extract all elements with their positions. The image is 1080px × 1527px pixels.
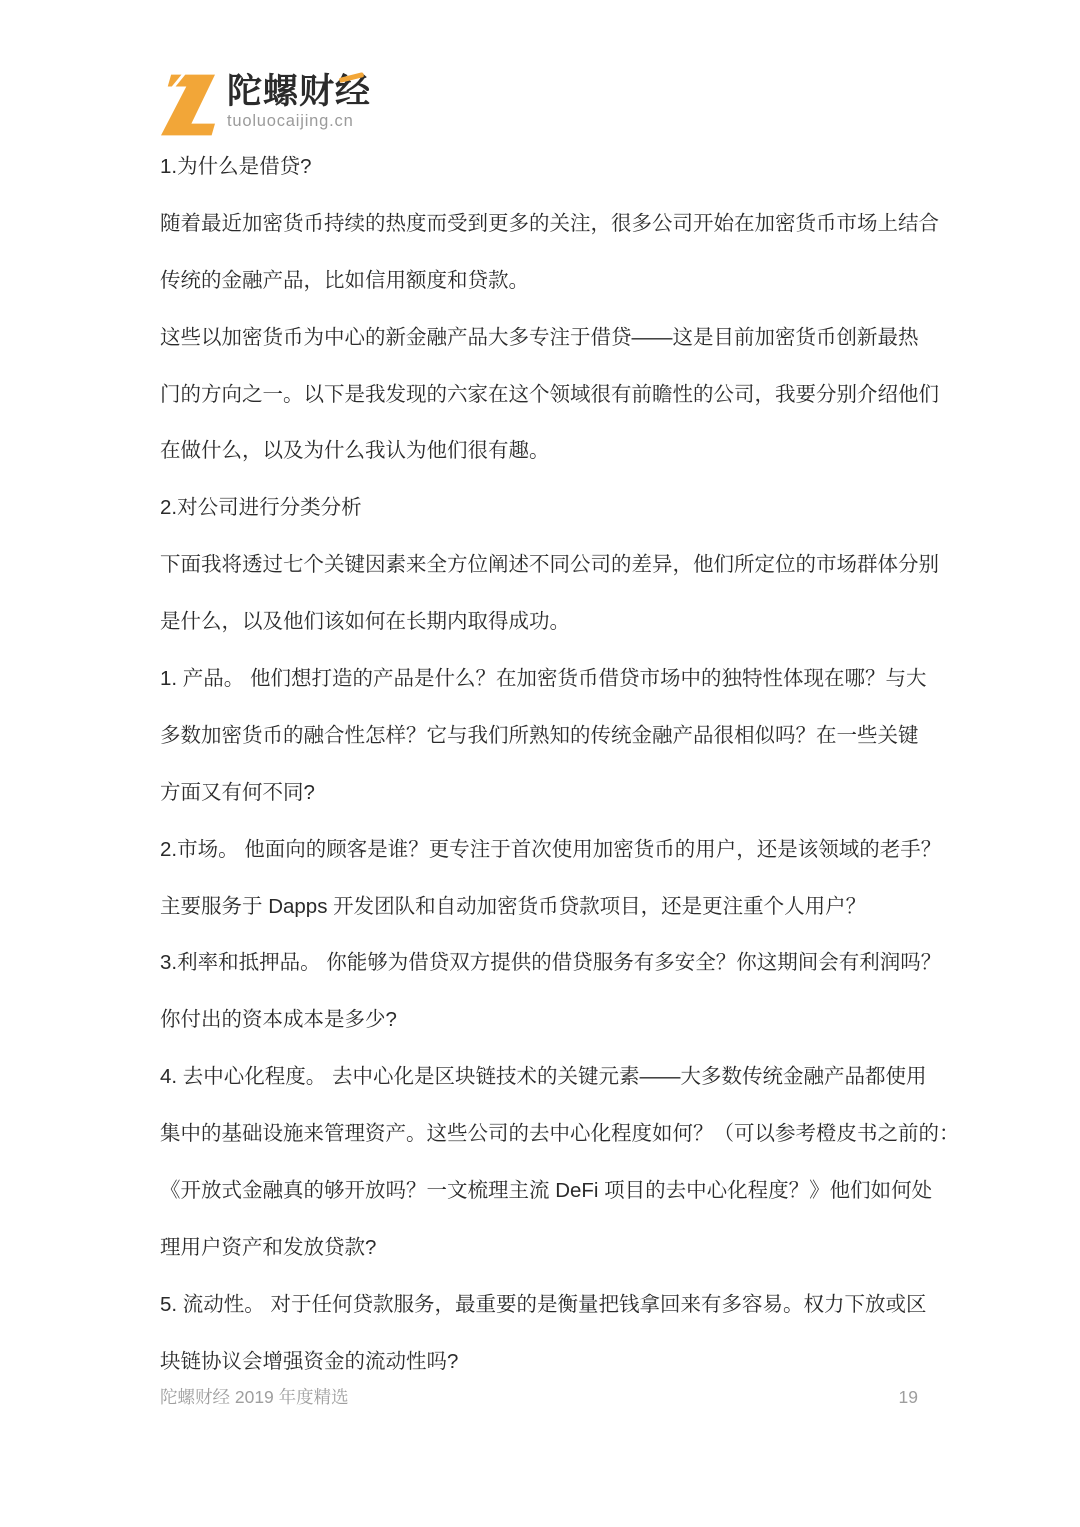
text-line: 主要服务于 Dapps 开发团队和自动加密货币贷款项目，还是更注重个人用户？ bbox=[160, 879, 945, 936]
text-line: 随着最近加密货币持续的热度而受到更多的关注，很多公司开始在加密货币市场上结合 bbox=[160, 196, 945, 253]
logo-z-icon bbox=[161, 68, 215, 142]
footer-title: 陀螺财经 2019 年度精选 bbox=[160, 1384, 349, 1409]
text-line: 这些以加密货币为中心的新金融产品大多专注于借贷——这是目前加密货币创新最热 bbox=[160, 310, 945, 367]
text-line: 1.为什么是借贷? bbox=[160, 139, 945, 196]
text-line: 在做什么，以及为什么我认为他们很有趣。 bbox=[160, 423, 945, 480]
text-line: 多数加密货币的融合性怎样？它与我们所熟知的传统金融产品很相似吗？在一些关键 bbox=[160, 708, 945, 765]
brand-name: 陀螺财经 bbox=[227, 68, 371, 109]
text-line: 2.市场。 他面向的顾客是谁？更专注于首次使用加密货币的用户，还是该领域的老手？ bbox=[160, 822, 945, 879]
text-line: 2.对公司进行分类分析 bbox=[160, 480, 945, 537]
text-line: 传统的金融产品，比如信用额度和贷款。 bbox=[160, 253, 945, 310]
text-line: 集中的基础设施来管理资产。这些公司的去中心化程度如何？（可以参考橙皮书之前的： bbox=[160, 1106, 945, 1163]
page-footer: 陀螺财经 2019 年度精选 19 bbox=[160, 1384, 936, 1409]
brand-logo: 陀螺财经 tuoluocaijing.cn bbox=[161, 68, 371, 142]
text-line: 1. 产品。 他们想打造的产品是什么？在加密货币借贷市场中的独特性体现在哪？与大 bbox=[160, 651, 945, 708]
text-line: 《开放式金融真的够开放吗？一文梳理主流 DeFi 项目的去中心化程度？》他们如何… bbox=[160, 1163, 945, 1220]
text-line: 门的方向之一。以下是我发现的六家在这个领域很有前瞻性的公司，我要分别介绍他们 bbox=[160, 367, 945, 424]
text-line: 3.利率和抵押品。 你能够为借贷双方提供的借贷服务有多安全？你这期间会有利润吗？ bbox=[160, 935, 945, 992]
text-line: 理用户资产和发放贷款? bbox=[160, 1220, 945, 1277]
text-line: 你付出的资本成本是多少? bbox=[160, 992, 945, 1049]
page-number: 19 bbox=[899, 1387, 936, 1408]
text-line: 4. 去中心化程度。 去中心化是区块链技术的关键元素——大多数传统金融产品都使用 bbox=[160, 1049, 945, 1106]
article-body: 1.为什么是借贷?随着最近加密货币持续的热度而受到更多的关注，很多公司开始在加密… bbox=[160, 139, 945, 1391]
text-line: 方面又有何不同? bbox=[160, 765, 945, 822]
text-line: 5. 流动性。 对于任何贷款服务，最重要的是衡量把钱拿回来有多容易。权力下放或区 bbox=[160, 1277, 945, 1334]
text-line: 是什么，以及他们该如何在长期内取得成功。 bbox=[160, 594, 945, 651]
brand-domain: tuoluocaijing.cn bbox=[227, 112, 371, 131]
document-page: 陀螺财经 tuoluocaijing.cn 1.为什么是借贷?随着最近加密货币持… bbox=[0, 0, 1080, 1527]
text-line: 块链协议会增强资金的流动性吗? bbox=[160, 1334, 945, 1391]
text-line: 下面我将透过七个关键因素来全方位阐述不同公司的差异，他们所定位的市场群体分别 bbox=[160, 537, 945, 594]
